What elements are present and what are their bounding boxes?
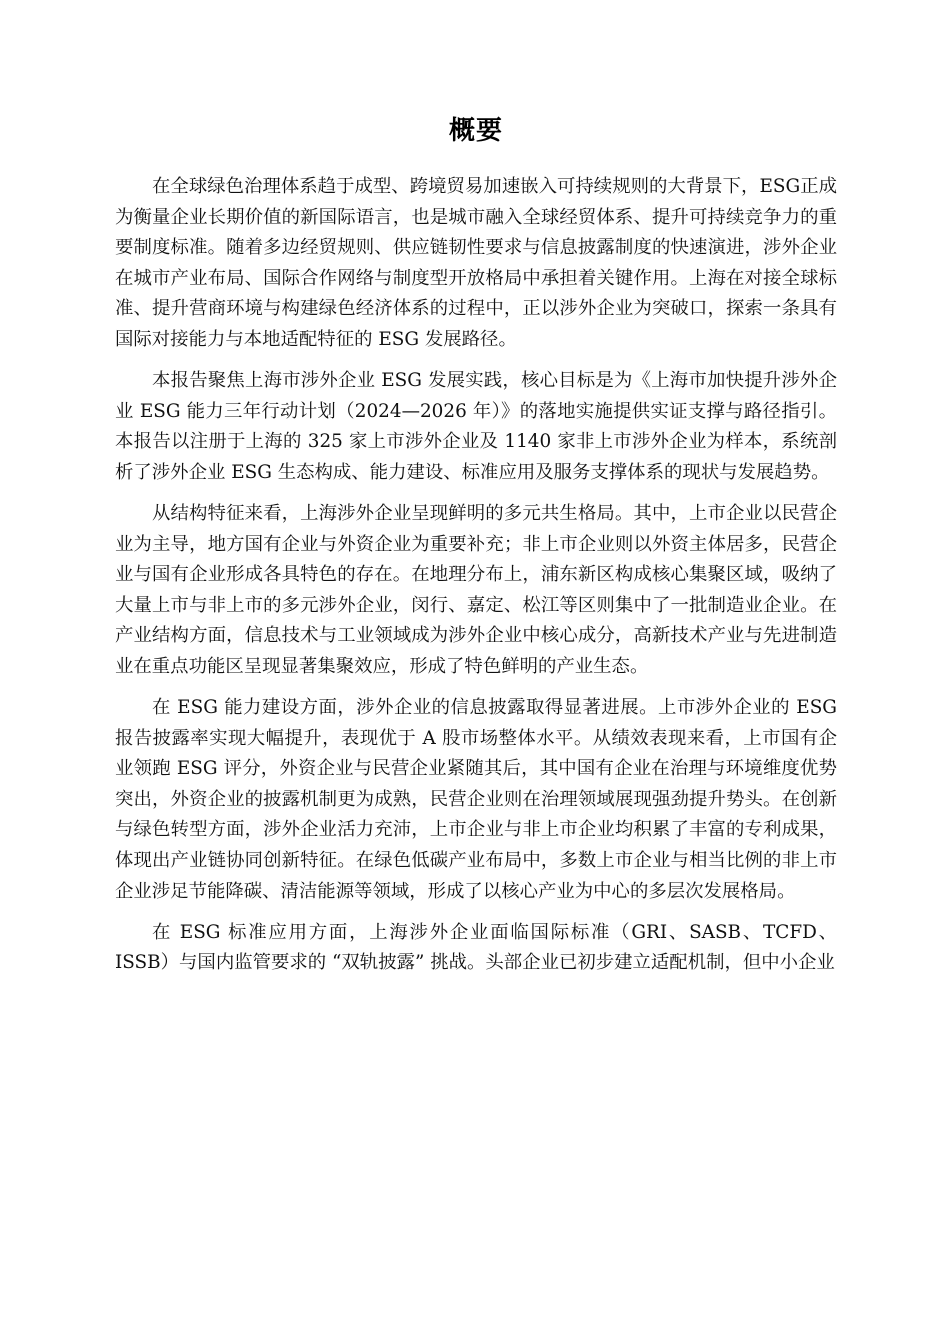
page-title: 概要 xyxy=(115,110,837,147)
document-body: 在全球绿色治理体系趋于成型、跨境贸易加速嵌入可持续规则的大背景下，ESG正成为衡… xyxy=(115,172,837,989)
paragraph-background: 在全球绿色治理体系趋于成型、跨境贸易加速嵌入可持续规则的大背景下，ESG正成为衡… xyxy=(115,172,837,356)
paragraph-structure: 从结构特征来看，上海涉外企业呈现鲜明的多元共生格局。其中，上市企业以民营企业为主… xyxy=(115,499,837,683)
paragraph-standards: 在 ESG 标准应用方面，上海涉外企业面临国际标准（GRI、SASB、TCFD、… xyxy=(115,918,837,979)
paragraph-report-scope: 本报告聚焦上海市涉外企业 ESG 发展实践，核心目标是为《上海市加快提升涉外企业… xyxy=(115,366,837,488)
paragraph-capability: 在 ESG 能力建设方面，涉外企业的信息披露取得显著进展。上市涉外企业的 ESG… xyxy=(115,693,837,907)
